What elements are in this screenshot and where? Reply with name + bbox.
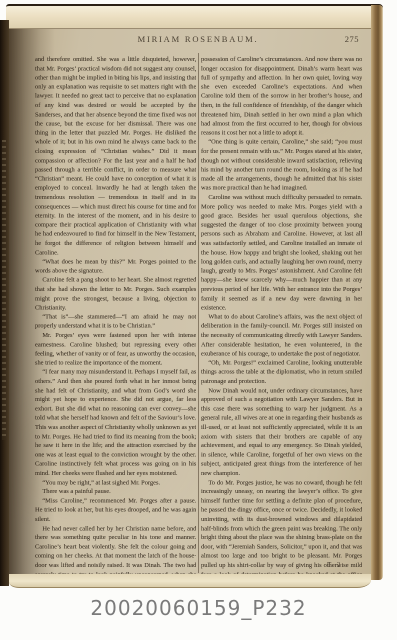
signature-mark: T 2 [327, 561, 342, 569]
paragraph: “That is”—she stammered—“I am afraid he … [35, 313, 196, 331]
running-head-title: MIRIAM ROSENBAUM. [35, 34, 361, 44]
facing-page-text-hint [2, 140, 6, 440]
facing-page-edge [0, 20, 9, 586]
paragraph: possession of Caroline’s circumstances. … [201, 55, 362, 138]
paragraph: He had never called her by her Christian… [35, 524, 196, 574]
paragraph: What to do about Caroline’s affairs, was… [201, 313, 362, 359]
page-number: 275 [345, 34, 359, 44]
paragraph: Mr. Porges’ eyes were fastened upon her … [35, 331, 196, 368]
text-column-right: possession of Caroline’s circumstances. … [201, 55, 362, 574]
paragraph: “Miss Caroline,” recommenced Mr. Porges … [35, 497, 196, 525]
paragraph: To do Mr. Porges justice, he was no cowa… [201, 478, 362, 574]
catalog-id-label: 20020060159_P232 [0, 596, 397, 620]
page-bottom-edge [9, 574, 371, 588]
paragraph: “You may be right,” at last sighed Mr. P… [35, 478, 196, 487]
text-column-right-content: possession of Caroline’s circumstances. … [201, 55, 362, 574]
paragraph: Caroline felt a pang shoot to her heart.… [35, 276, 196, 313]
paragraph: “I fear many may misunderstand it. Perha… [35, 368, 196, 478]
paragraph: “What does he mean by this?” Mr. Porges … [35, 257, 196, 275]
text-column-left: and therefore omitted. She was a little … [35, 55, 196, 574]
paragraph: “Oh, Mr. Porges!” exclaimed Caroline, lo… [201, 359, 362, 387]
paragraph: There was a painful pause. [35, 487, 196, 496]
column-divider [198, 53, 199, 573]
paragraph: “One thing is quite certain, Caroline,” … [201, 138, 362, 193]
photo-background: MIRIAM ROSENBAUM. 275 and therefore omit… [0, 0, 397, 640]
book-page: MIRIAM ROSENBAUM. 275 and therefore omit… [9, 28, 371, 575]
page-right-edge [371, 5, 383, 580]
paragraph: Caroline was without much difficulty per… [201, 193, 362, 313]
text-column-left-content: and therefore omitted. She was a little … [35, 55, 196, 574]
paragraph: Now Dinah would not, under ordinary circ… [201, 386, 362, 478]
paragraph: and therefore omitted. She was a little … [35, 55, 196, 257]
running-head: MIRIAM ROSENBAUM. 275 [35, 34, 361, 46]
